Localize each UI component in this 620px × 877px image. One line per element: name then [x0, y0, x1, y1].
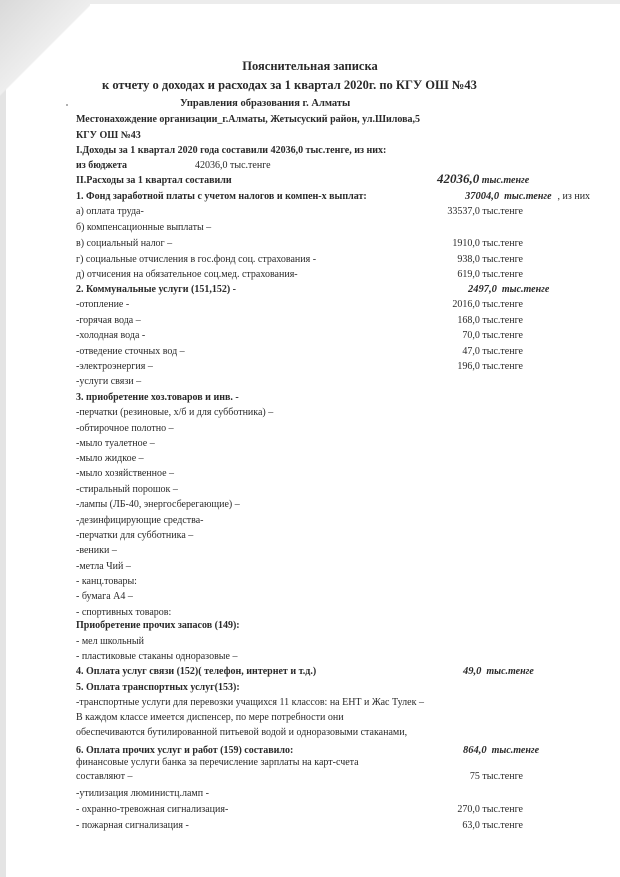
line-item-label: - спортивных товаров:: [76, 607, 171, 619]
line-item-label: обеспечиваются бутилированной питьевой в…: [76, 727, 407, 739]
section-total-unit: тыс.тенге: [486, 666, 533, 677]
section-total-value: 864,0: [463, 745, 487, 756]
line-item-amount: 196,0 тыс.тенге: [457, 361, 523, 373]
line-item-amount: 2016,0 тыс.тенге: [452, 299, 523, 311]
location-line: Местонахождение организации_г.Алматы, Же…: [76, 114, 420, 126]
expenses-total: 42036,0 тыс.тенге: [437, 173, 529, 187]
line-item-label: -метла Чий –: [76, 561, 131, 573]
line-item-amount: 168,0 тыс.тенге: [457, 315, 523, 327]
line-item-label: -транспортные услуги для перевозки учащи…: [76, 697, 424, 709]
line-item-label: -отопление -: [76, 299, 129, 311]
line-item-label: - охранно-тревожная сигнализация-: [76, 804, 228, 816]
line-item-amount: 619,0 тыс.тенге: [457, 269, 523, 281]
section-heading: Приобретение прочих запасов (149):: [76, 620, 240, 632]
line-item-label: -лампы (ЛБ-40, энергосберегающие) –: [76, 499, 240, 511]
section-heading: 4. Оплата услуг связи (152)( телефон, ин…: [76, 666, 316, 678]
line-item-label: -перчатки (резиновые, х/б и для субботни…: [76, 407, 273, 419]
line-item-label: - мел школьный: [76, 636, 144, 648]
line-item-label: - пожарная сигнализация -: [76, 820, 189, 832]
expenses-heading: II.Расходы за 1 квартал составили: [76, 175, 232, 187]
line-item-label: в) социальный налог –: [76, 238, 172, 250]
line-item-label: -стиральный порошок –: [76, 484, 178, 496]
section-heading: 5. Оплата транспортных услуг(153):: [76, 682, 240, 694]
section-total-value: 49,0: [463, 666, 481, 677]
line-item-label: -дезинфицирующие средства-: [76, 515, 204, 527]
line-item-label: -обтирочное полотно –: [76, 423, 174, 435]
org-name: КГУ ОШ №43: [76, 130, 141, 142]
department-name: Управления образования г. Алматы: [180, 98, 350, 109]
line-item-label: -услуги связи –: [76, 376, 141, 388]
line-item-label: финансовые услуги банка за перечисление …: [76, 757, 359, 769]
line-item-label: г) социальные отчисления в гос.фонд соц.…: [76, 254, 316, 266]
line-item-label: В каждом классе имеется диспенсер, по ме…: [76, 712, 344, 724]
section-heading: 6. Оплата прочих услуг и работ (159) сос…: [76, 745, 293, 757]
section-heading: 1. Фонд заработной платы с учетом налого…: [76, 191, 367, 203]
line-item-amount: 70,0 тыс.тенге: [462, 330, 523, 342]
line-item-amount: 75 тыс.тенге: [470, 771, 523, 783]
line-item-amount: 1910,0 тыс.тенге: [452, 238, 523, 250]
line-item-label: - бумага А4 –: [76, 591, 133, 603]
section-total-suffix: , из них: [558, 191, 591, 202]
line-item-label: д) отчисения на обязательное соц.мед. ст…: [76, 269, 298, 281]
line-item-label: -перчатки для субботника –: [76, 530, 193, 542]
document-page: Пояснительная записка к отчету о доходах…: [0, 0, 620, 877]
line-item-label: -отведение сточных вод –: [76, 346, 185, 358]
line-item-label: -мыло хозяйственное –: [76, 468, 174, 480]
line-item-label: -холодная вода -: [76, 330, 145, 342]
line-item-label: -горячая вода –: [76, 315, 141, 327]
line-item-label: -утилизация люминистц.ламп -: [76, 788, 209, 800]
scan-speck: [66, 104, 68, 106]
line-item-label: -веники –: [76, 545, 117, 557]
expenses-total-unit: тыс.тенге: [482, 175, 529, 186]
section-total: 37004,0 тыс.тенге, из них: [465, 191, 590, 203]
line-item-label: б) компенсационные выплаты –: [76, 222, 211, 234]
line-item-label: -электроэнергия –: [76, 361, 153, 373]
section-heading: 2. Коммунальные услуги (151,152) -: [76, 284, 236, 296]
section-total: 49,0 тыс.тенге: [463, 666, 534, 678]
section-heading: 3. приобретение хоз.товаров и инв. -: [76, 392, 239, 404]
section-total: 864,0 тыс.тенге: [463, 745, 539, 757]
budget-label: из бюджета: [76, 160, 127, 172]
line-item-amount: 33537,0 тыс.тенге: [447, 206, 523, 218]
section-total-unit: тыс.тенге: [492, 745, 539, 756]
line-item-amount: 47,0 тыс.тенге: [462, 346, 523, 358]
document-title: Пояснительная записка: [80, 59, 540, 74]
line-item-label: составляют –: [76, 771, 132, 783]
line-item-amount: 270,0 тыс.тенге: [457, 804, 523, 816]
budget-value: 42036,0 тыс.тенге: [195, 160, 271, 172]
section-total-unit: тыс.тенге: [502, 284, 549, 295]
expenses-total-value: 42036,0: [437, 171, 479, 186]
income-heading: I.Доходы за 1 квартал 2020 года составил…: [76, 145, 386, 157]
document-subtitle: к отчету о доходах и расходах за 1 кварт…: [102, 78, 477, 93]
section-total-value: 2497,0: [468, 284, 497, 295]
line-item-label: - канц.товары:: [76, 576, 137, 588]
line-item-label: а) оплата труда-: [76, 206, 144, 218]
section-total: 2497,0 тыс.тенге: [468, 284, 549, 296]
line-item-amount: 63,0 тыс.тенге: [462, 820, 523, 832]
section-total-unit: тыс.тенге: [504, 191, 551, 202]
line-item-label: -мыло жидкое –: [76, 453, 144, 465]
section-total-value: 37004,0: [465, 191, 499, 202]
line-item-label: - пластиковые стаканы одноразовые –: [76, 651, 237, 663]
line-item-label: -мыло туалетное –: [76, 438, 155, 450]
line-item-amount: 938,0 тыс.тенге: [457, 254, 523, 266]
